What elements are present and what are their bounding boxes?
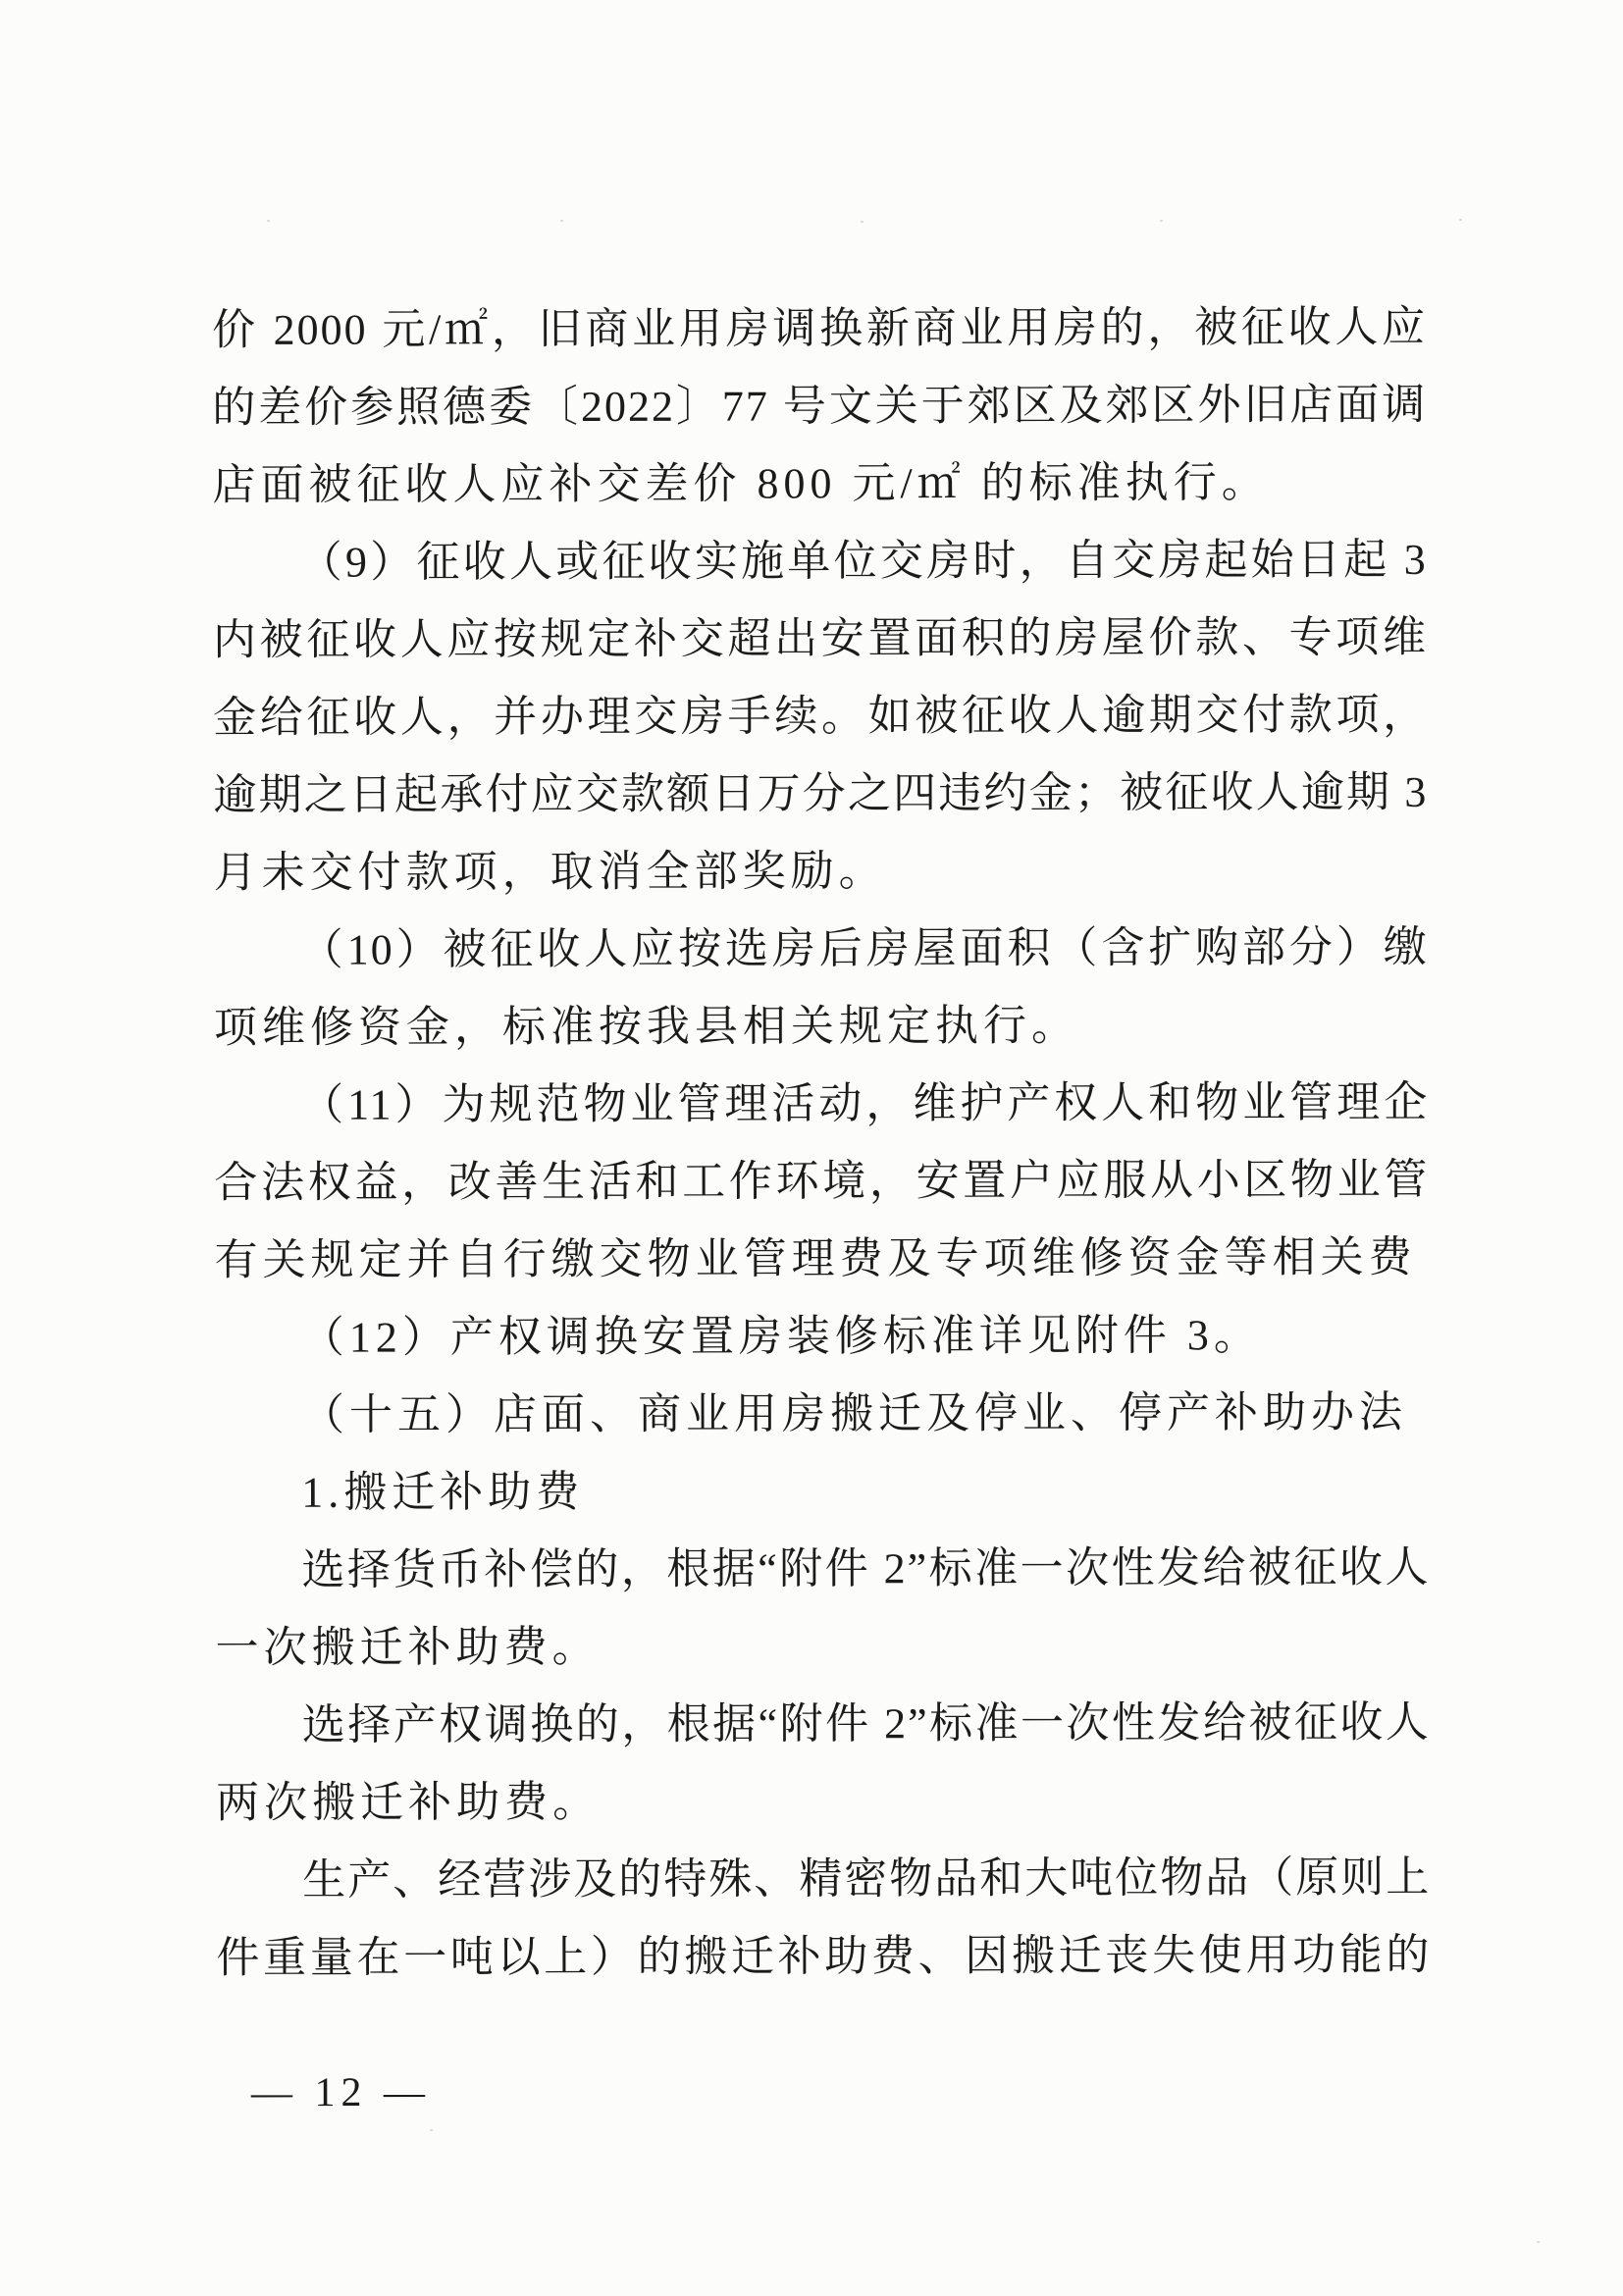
text-line: 的差价参照德委〔2022〕77 号文关于郊区及郊区外旧店面调换新 bbox=[212, 366, 1427, 446]
text-line: 合法权益，改善生活和工作环境，安置户应服从小区物业管理的 bbox=[214, 1141, 1429, 1222]
scan-speck bbox=[1160, 220, 1163, 222]
text-line: 店面被征收人应补交差价 800 元/㎡ 的标准执行。 bbox=[212, 444, 1427, 524]
text-line: 月未交付款项，取消全部奖励。 bbox=[213, 831, 1428, 912]
text-line: 选择产权调换的，根据“附件 2”标准一次性发给被征收人 bbox=[216, 1684, 1431, 1764]
text-line: （9）征收人或征收实施单位交房时，自交房起始日起 3 个月 bbox=[213, 521, 1428, 601]
text-line: 两次搬迁补助费。 bbox=[216, 1761, 1431, 1842]
page-number: — 12 — bbox=[251, 2066, 431, 2119]
text-line: 金给征收人，并办理交房手续。如被征收人逾期交付款项，应按 bbox=[213, 676, 1428, 757]
scan-speck bbox=[1459, 219, 1462, 221]
text-line: 内被征收人应按规定补交超出安置面积的房屋价款、专项维修资 bbox=[213, 599, 1428, 679]
text-line: 选择货币补偿的，根据“附件 2”标准一次性发给被征收人 bbox=[215, 1529, 1430, 1609]
text-line: 项维修资金，标准按我县相关规定执行。 bbox=[214, 986, 1429, 1067]
text-line: 1.搬迁补助费 bbox=[215, 1451, 1430, 1532]
text-line: （十五）店面、商业用房搬迁及停业、停产补助办法 bbox=[215, 1374, 1430, 1454]
scan-speck bbox=[267, 220, 270, 222]
document-page: 价 2000 元/㎡，旧商业用房调换新商业用房的，被征收人应补交 的差价参照德委… bbox=[0, 0, 1623, 2296]
text-line: （10）被征收人应按选房后房屋面积（含扩购部分）缴交专 bbox=[214, 909, 1429, 989]
scan-speck bbox=[861, 221, 864, 223]
text-line: 生产、经营涉及的特殊、精密物品和大吨位物品（原则上单 bbox=[216, 1839, 1431, 1919]
document-body: 价 2000 元/㎡，旧商业用房调换新商业用房的，被征收人应补交 的差价参照德委… bbox=[212, 288, 1432, 1997]
text-line: （11）为规范物业管理活动，维护产权人和物业管理企业的 bbox=[214, 1064, 1429, 1144]
text-line: 件重量在一吨以上）的搬迁补助费、因搬迁丧失使用功能的特殊 bbox=[216, 1916, 1431, 1997]
text-line: 逾期之日起承付应交款额日万分之四违约金；被征收人逾期 3 个 bbox=[213, 754, 1428, 834]
scan-speck bbox=[430, 2129, 433, 2131]
text-line: 价 2000 元/㎡，旧商业用房调换新商业用房的，被征收人应补交 bbox=[212, 288, 1427, 369]
text-line: （12）产权调换安置房装修标准详见附件 3。 bbox=[215, 1296, 1430, 1377]
scan-speck bbox=[1537, 2241, 1540, 2243]
scan-speck bbox=[560, 220, 563, 222]
text-line: 一次搬迁补助费。 bbox=[216, 1606, 1431, 1687]
text-line: 有关规定并自行缴交物业管理费及专项维修资金等相关费用。 bbox=[214, 1219, 1429, 1299]
